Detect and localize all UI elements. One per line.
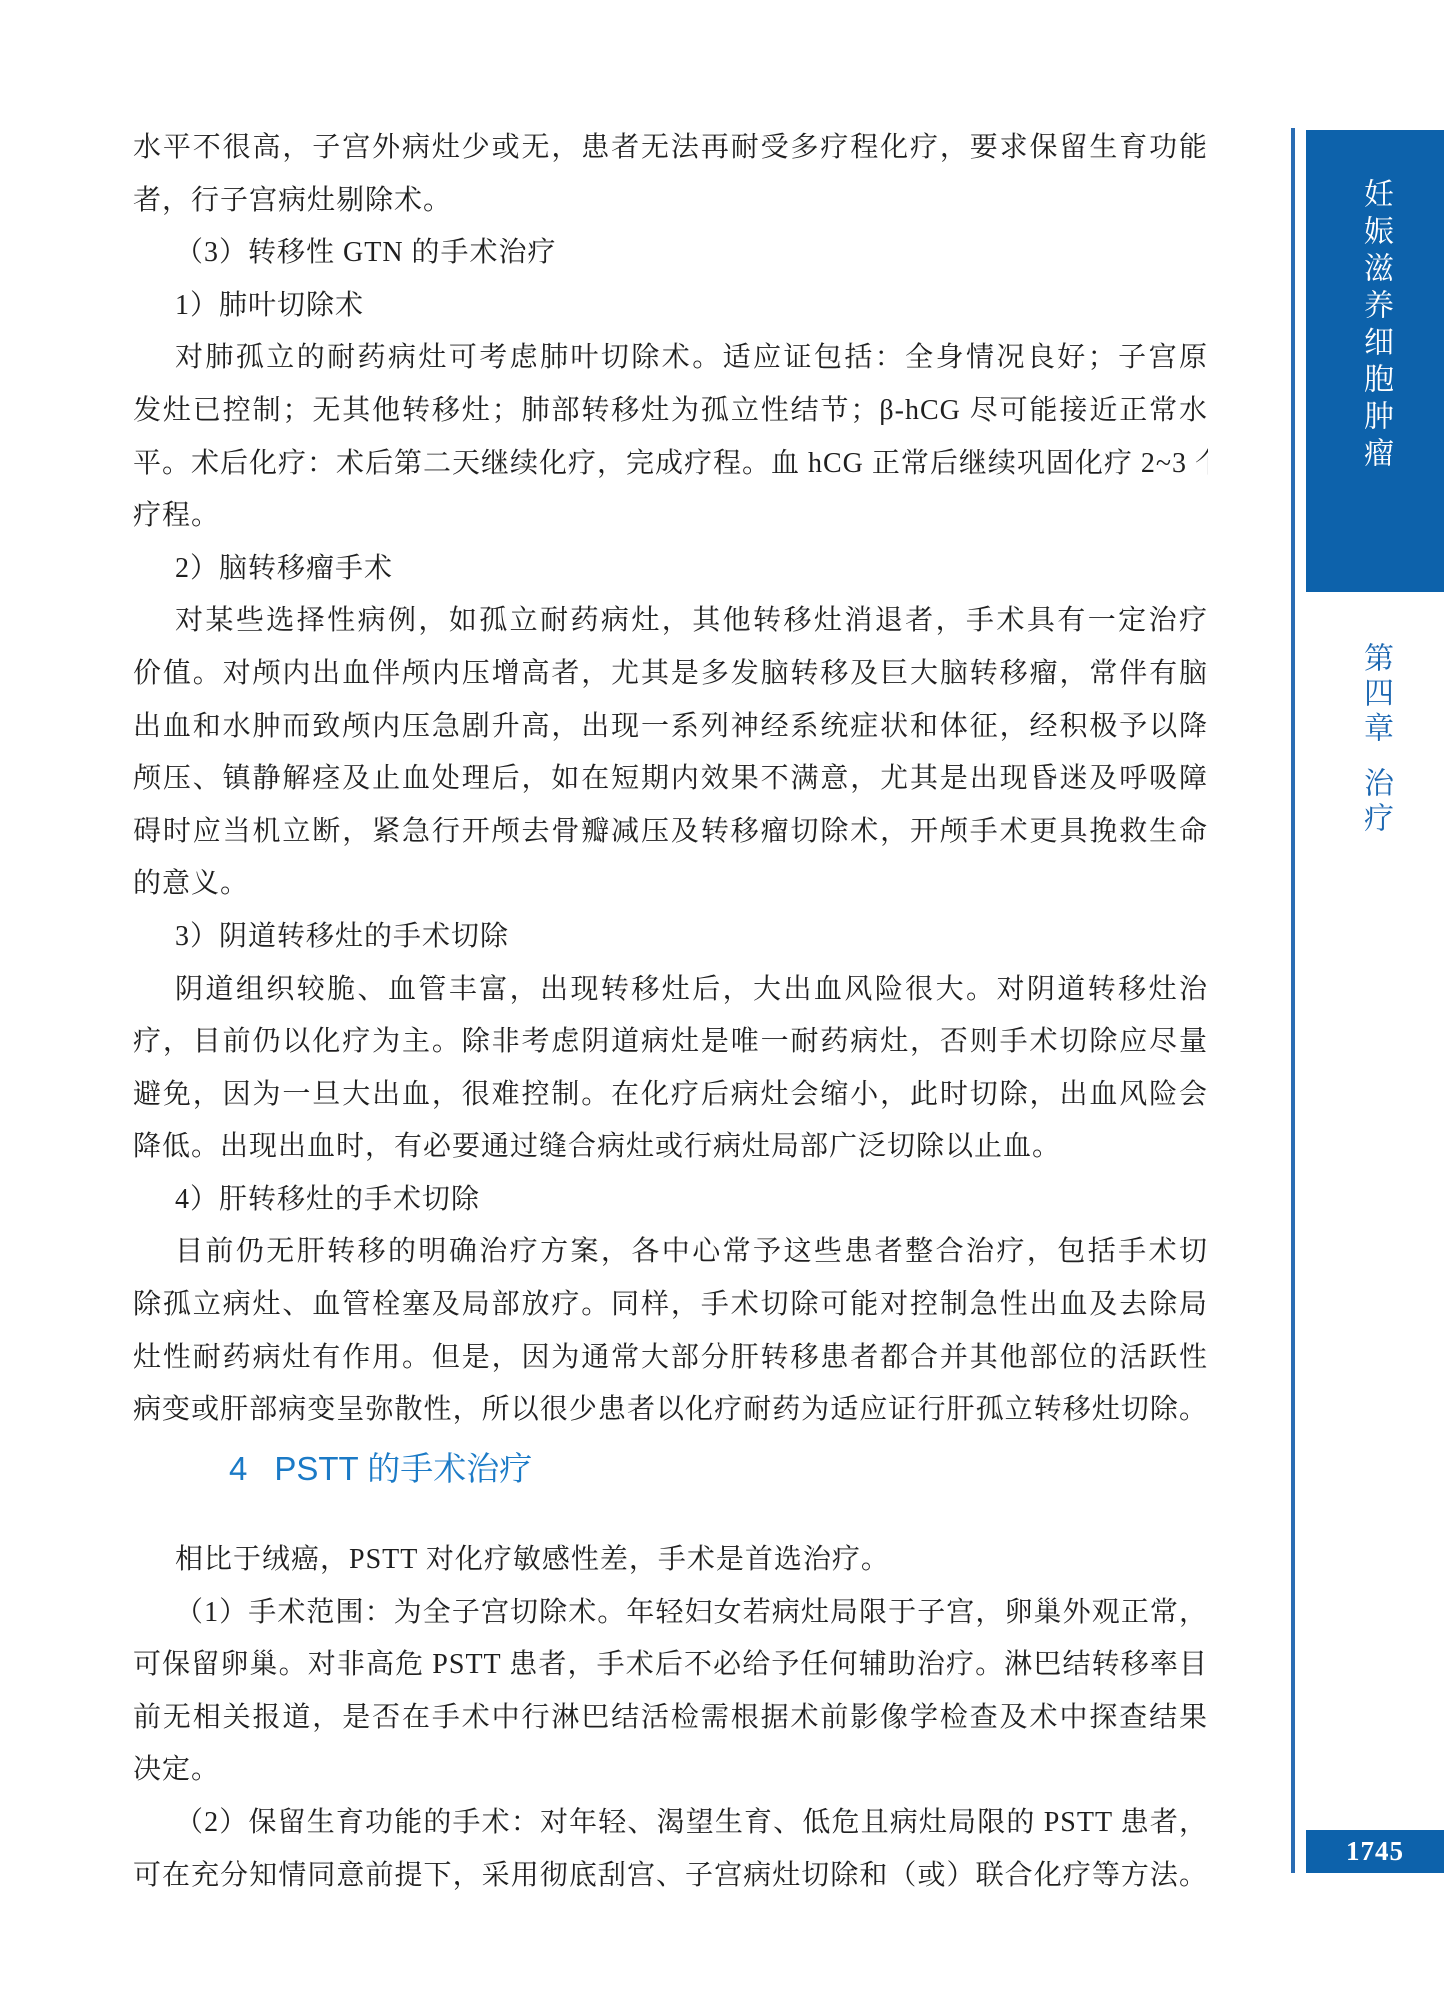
chapter-title-label: 治疗 [1359, 767, 1392, 837]
chapter-number-label: 第四章 [1359, 642, 1392, 747]
body-text-line: （3）转移性 GTN 的手术治疗 [133, 227, 1208, 280]
body-text-line: 疗，目前仍以化疗为主。除非考虑阴道病灶是唯一耐药病灶，否则手术切除应尽量 [133, 1016, 1208, 1069]
body-text-line: 出血和水肿而致颅内压急剧升高，出现一系列神经系统症状和体征，经积极予以降 [133, 701, 1208, 754]
body-text-block-upper: 水平不很高，子宫外病灶少或无，患者无法再耐受多疗程化疗，要求保留生育功能者，行子… [133, 122, 1208, 1437]
body-text-line: 除孤立病灶、血管栓塞及局部放疗。同样，手术切除可能对控制急性出血及去除局 [133, 1279, 1208, 1332]
body-text-line: 2）脑转移瘤手术 [133, 543, 1208, 596]
body-text-line: 的意义。 [133, 858, 1208, 911]
body-text-line: 对肺孤立的耐药病灶可考虑肺叶切除术。适应证包括：全身情况良好；子宫原 [133, 332, 1208, 385]
body-text-line: 碍时应当机立断，紧急行开颅去骨瓣减压及转移瘤切除术，开颅手术更具挽救生命 [133, 806, 1208, 859]
body-text-line: 4）肝转移灶的手术切除 [133, 1174, 1208, 1227]
body-text-line: 者，行子宫病灶剔除术。 [133, 175, 1208, 228]
chapter-marker: 第四章治疗 [1306, 642, 1444, 837]
body-text-line: 阴道组织较脆、血管丰富，出现转移灶后，大出血风险很大。对阴道转移灶治 [133, 964, 1208, 1017]
body-text-line: 决定。 [133, 1744, 1208, 1797]
body-text-block-lower: 相比于绒癌，PSTT 对化疗敏感性差，手术是首选治疗。（1）手术范围：为全子宫切… [133, 1534, 1208, 1902]
body-text-line: 病变或肝部病变呈弥散性，所以很少患者以化疗耐药为适应证行肝孤立转移灶切除。 [133, 1384, 1208, 1437]
body-text-line: 可保留卵巢。对非高危 PSTT 患者，手术后不必给予任何辅助治疗。淋巴结转移率目 [133, 1639, 1208, 1692]
book-page: 水平不很高，子宫外病灶少或无，患者无法再耐受多疗程化疗，要求保留生育功能者，行子… [0, 0, 1444, 2010]
page-number-box: 1745 [1306, 1830, 1444, 1873]
sidebar-divider-rule [1291, 128, 1295, 1873]
body-text-line: （2）保留生育功能的手术：对年轻、渴望生育、低危且病灶局限的 PSTT 患者， [133, 1797, 1208, 1850]
body-text-line: 平。术后化疗：术后第二天继续化疗，完成疗程。血 hCG 正常后继续巩固化疗 2~… [133, 438, 1208, 491]
chapter-marker-text: 第四章治疗 [1353, 642, 1397, 837]
body-text-line: 降低。出现出血时，有必要通过缝合病灶或行病灶局部广泛切除以止血。 [133, 1121, 1208, 1174]
body-text-line: 避免，因为一旦大出血，很难控制。在化疗后病灶会缩小，此时切除，出血风险会 [133, 1069, 1208, 1122]
body-text-line: 对某些选择性病例，如孤立耐药病灶，其他转移灶消退者，手术具有一定治疗 [133, 595, 1208, 648]
section-number: 4 [229, 1445, 247, 1493]
body-text-line: 目前仍无肝转移的明确治疗方案，各中心常予这些患者整合治疗，包括手术切 [133, 1226, 1208, 1279]
body-text-line: 水平不很高，子宫外病灶少或无，患者无法再耐受多疗程化疗，要求保留生育功能 [133, 122, 1208, 175]
body-text-line: 3）阴道转移灶的手术切除 [133, 911, 1208, 964]
body-text-line: 可在充分知情同意前提下，采用彻底刮宫、子宫病灶切除和（或）联合化疗等方法。 [133, 1850, 1208, 1903]
body-text-line: 相比于绒癌，PSTT 对化疗敏感性差，手术是首选治疗。 [133, 1534, 1208, 1587]
section-heading: 4 PSTT 的手术治疗 [229, 1445, 532, 1493]
sidebar-title-box: 妊娠滋养细胞肿瘤 [1306, 130, 1444, 592]
body-text-line: 发灶已控制；无其他转移灶；肺部转移灶为孤立性结节；β-hCG 尽可能接近正常水 [133, 385, 1208, 438]
body-text-line: 颅压、镇静解痉及止血处理后，如在短期内效果不满意，尤其是出现昏迷及呼吸障 [133, 753, 1208, 806]
body-text-line: 前无相关报道，是否在手术中行淋巴结活检需根据术前影像学检查及术中探查结果 [133, 1692, 1208, 1745]
book-title-vertical: 妊娠滋养细胞肿瘤 [1353, 178, 1397, 592]
body-text-line: 疗程。 [133, 490, 1208, 543]
body-text-line: 灶性耐药病灶有作用。但是，因为通常大部分肝转移患者都合并其他部位的活跃性 [133, 1332, 1208, 1385]
page-number: 1745 [1346, 1836, 1404, 1867]
section-title: PSTT 的手术治疗 [274, 1445, 532, 1493]
body-text-line: 1）肺叶切除术 [133, 280, 1208, 333]
body-text-line: （1）手术范围：为全子宫切除术。年轻妇女若病灶局限于子宫，卵巢外观正常， [133, 1587, 1208, 1640]
body-text-line: 价值。对颅内出血伴颅内压增高者，尤其是多发脑转移及巨大脑转移瘤，常伴有脑 [133, 648, 1208, 701]
